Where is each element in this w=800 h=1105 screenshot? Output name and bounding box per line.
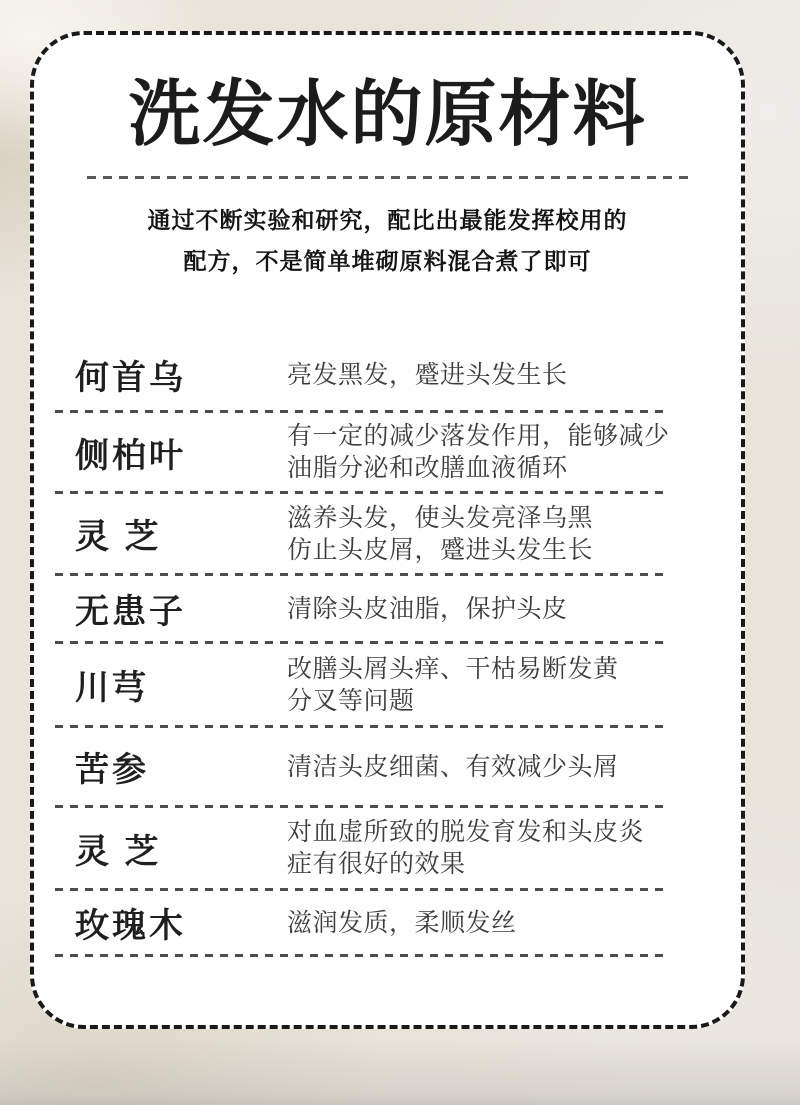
ingredient-desc: 对血虚所致的脱发育发和头皮炎 症有很好的效果	[287, 816, 741, 880]
ingredient-desc: 滋养头发，使头发亮泽乌黑 仿止头皮屑，蹙进头发生长	[287, 502, 741, 566]
page-title: 洗发水的原材料	[34, 75, 741, 155]
ingredient-name: 灵 芝	[75, 824, 287, 873]
ingredient-name: 玫瑰木	[75, 898, 287, 947]
ingredient-desc: 改膳头屑头痒、干枯易断发黄 分叉等问题	[287, 653, 741, 717]
ingredient-row: 川芎 改膳头屑头痒、干枯易断发黄 分叉等问题	[34, 644, 741, 725]
ingredient-desc: 清洁头皮细菌、有效减少头屑	[287, 751, 741, 783]
ingredient-name: 苦参	[75, 742, 287, 791]
ingredient-row: 苦参 清洁头皮细菌、有效减少头屑	[34, 728, 741, 805]
ingredient-desc: 亮发黑发，蹙进头发生长	[287, 359, 741, 391]
ingredient-desc: 有一定的减少落发作用，能够减少 油脂分泌和改膳血液循环	[287, 420, 741, 484]
ingredient-name: 无患子	[75, 584, 287, 633]
ingredient-name: 川芎	[75, 660, 287, 709]
ingredient-row: 何首乌 亮发黑发，蹙进头发生长	[34, 339, 741, 410]
ingredient-desc: 滋润发质，柔顺发丝	[287, 907, 741, 939]
ingredient-name: 侧柏叶	[75, 428, 287, 477]
ingredient-list: 何首乌 亮发黑发，蹙进头发生长 侧柏叶 有一定的减少落发作用，能够减少 油脂分泌…	[34, 339, 741, 957]
page-background: 洗发水的原材料 通过不断实验和研究，配比出最能发挥校用的 配方，不是简单堆砌原料…	[0, 0, 800, 1105]
ingredient-name: 灵 芝	[75, 509, 287, 558]
ingredient-row: 侧柏叶 有一定的减少落发作用，能够减少 油脂分泌和改膳血液循环	[34, 413, 741, 491]
subtitle: 通过不断实验和研究，配比出最能发挥校用的 配方，不是简单堆砌原料混合煮了即可	[34, 200, 741, 282]
ingredient-name: 何首乌	[75, 350, 287, 399]
row-separator	[55, 954, 670, 957]
ingredient-row: 无患子 清除头皮油脂，保护头皮	[34, 576, 741, 641]
ingredient-row: 灵 芝 滋养头发，使头发亮泽乌黑 仿止头皮屑，蹙进头发生长	[34, 494, 741, 573]
title-divider	[87, 176, 691, 179]
ingredient-row: 玫瑰木 滋润发质，柔顺发丝	[34, 891, 741, 954]
ingredient-desc: 清除头皮油脂，保护头皮	[287, 593, 741, 625]
product-card: 洗发水的原材料 通过不断实验和研究，配比出最能发挥校用的 配方，不是简单堆砌原料…	[30, 31, 745, 1029]
ingredient-row: 灵 芝 对血虚所致的脱发育发和头皮炎 症有很好的效果	[34, 808, 741, 888]
